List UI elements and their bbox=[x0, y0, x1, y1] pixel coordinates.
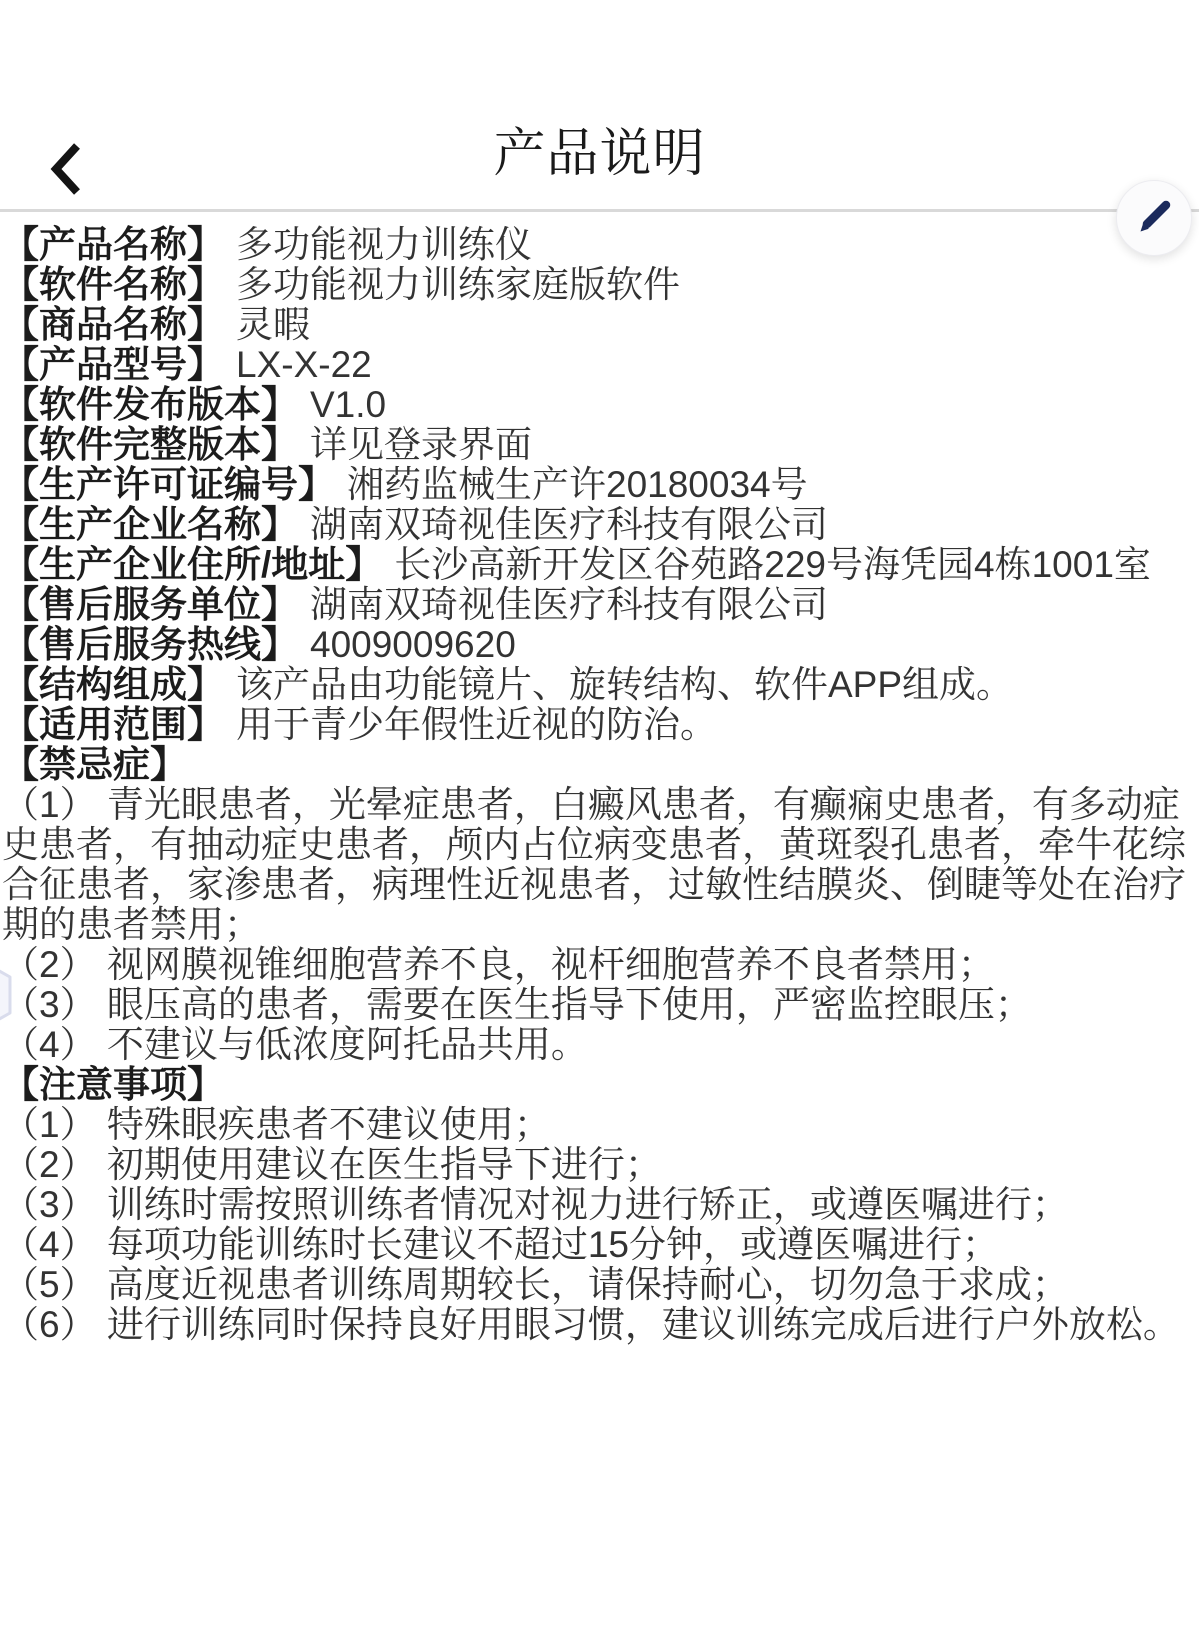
header-bar: 产品说明 bbox=[0, 0, 1199, 212]
field-label: 【适用范围】 bbox=[2, 704, 224, 745]
field-row-license-no: 【生产许可证编号】湘药监械生产许20180034号 bbox=[2, 465, 1193, 505]
contraindication-item: （4） 不建议与低浓度阿托品共用。 bbox=[2, 1025, 1193, 1065]
field-value: 多功能视力训练家庭版软件 bbox=[236, 264, 680, 305]
field-row-service-unit: 【售后服务单位】湖南双琦视佳医疗科技有限公司 bbox=[2, 585, 1193, 625]
field-label: 【生产企业住所/地址】 bbox=[2, 544, 382, 585]
field-row-release-version: 【软件发布版本】V1.0 bbox=[2, 385, 1193, 425]
field-row-service-hotline: 【售后服务热线】4009009620 bbox=[2, 625, 1193, 665]
field-value: 用于青少年假性近视的防治。 bbox=[236, 704, 717, 745]
field-row-scope: 【适用范围】用于青少年假性近视的防治。 bbox=[2, 705, 1193, 745]
field-value: V1.0 bbox=[310, 384, 386, 425]
field-label: 【售后服务热线】 bbox=[2, 624, 298, 665]
precaution-item: （6） 进行训练同时保持良好用眼习惯，建议训练完成后进行户外放松。 bbox=[2, 1305, 1193, 1345]
product-info-content: 【产品名称】多功能视力训练仪 【软件名称】多功能视力训练家庭版软件 【商品名称】… bbox=[0, 212, 1199, 1345]
field-label: 【产品型号】 bbox=[2, 344, 224, 385]
precaution-item: （5） 高度近视患者训练周期较长，请保持耐心，切勿急于求成； bbox=[2, 1265, 1193, 1305]
field-value: 灵暇 bbox=[236, 304, 310, 345]
edit-button[interactable] bbox=[1116, 180, 1192, 256]
field-label: 【软件名称】 bbox=[2, 264, 224, 305]
precaution-item: （4） 每项功能训练时长建议不超过15分钟，或遵医嘱进行； bbox=[2, 1225, 1193, 1265]
contraindication-item: （1） 青光眼患者，光晕症患者，白癜风患者，有癫痫史患者，有多动症史患者，有抽动… bbox=[2, 785, 1193, 945]
precaution-item: （1） 特殊眼疾患者不建议使用； bbox=[2, 1105, 1193, 1145]
field-label: 【软件完整版本】 bbox=[2, 424, 298, 465]
field-row-manufacturer: 【生产企业名称】湖南双琦视佳医疗科技有限公司 bbox=[2, 505, 1193, 545]
field-row-full-version: 【软件完整版本】详见登录界面 bbox=[2, 425, 1193, 465]
product-description-screen: 产品说明 【产品名称】多功能视力训练仪 【软件名称】多功能视力训练家庭版软件 【… bbox=[0, 0, 1199, 1632]
contraindications-heading: 【禁忌症】 bbox=[2, 745, 1193, 785]
precautions-heading: 【注意事项】 bbox=[2, 1065, 1193, 1105]
field-row-trade-name: 【商品名称】灵暇 bbox=[2, 305, 1193, 345]
field-label: 【生产许可证编号】 bbox=[2, 464, 335, 505]
field-value: 多功能视力训练仪 bbox=[236, 224, 532, 265]
precaution-item: （3） 训练时需按照训练者情况对视力进行矫正，或遵医嘱进行； bbox=[2, 1185, 1193, 1225]
contraindication-item: （3） 眼压高的患者，需要在医生指导下使用，严密监控眼压； bbox=[2, 985, 1193, 1025]
field-label: 【生产企业名称】 bbox=[2, 504, 298, 545]
precaution-item: （2） 初期使用建议在医生指导下进行； bbox=[2, 1145, 1193, 1185]
field-value: LX-X-22 bbox=[236, 344, 372, 385]
field-row-composition: 【结构组成】该产品由功能镜片、旋转结构、软件APP组成。 bbox=[2, 665, 1193, 705]
field-label: 【商品名称】 bbox=[2, 304, 224, 345]
field-value: 4009009620 bbox=[310, 624, 516, 665]
field-value: 湖南双琦视佳医疗科技有限公司 bbox=[310, 504, 828, 545]
field-label: 【结构组成】 bbox=[2, 664, 224, 705]
contraindication-item: （2） 视网膜视锥细胞营养不良，视杆细胞营养不良者禁用； bbox=[2, 945, 1193, 985]
field-value: 长沙高新开发区谷苑路229号海凭园4栋1001室 bbox=[394, 544, 1151, 585]
field-label: 【售后服务单位】 bbox=[2, 584, 298, 625]
field-row-manufacturer-address: 【生产企业住所/地址】长沙高新开发区谷苑路229号海凭园4栋1001室 bbox=[2, 545, 1193, 585]
field-label: 【产品名称】 bbox=[2, 224, 224, 265]
field-row-model: 【产品型号】LX-X-22 bbox=[2, 345, 1193, 385]
page-title: 产品说明 bbox=[0, 120, 1199, 188]
field-row-product-name: 【产品名称】多功能视力训练仪 bbox=[2, 225, 1193, 265]
field-value: 详见登录界面 bbox=[310, 424, 532, 465]
field-value: 湖南双琦视佳医疗科技有限公司 bbox=[310, 584, 828, 625]
field-value: 湘药监械生产许20180034号 bbox=[347, 464, 808, 505]
field-row-software-name: 【软件名称】多功能视力训练家庭版软件 bbox=[2, 265, 1193, 305]
field-value: 该产品由功能镜片、旋转结构、软件APP组成。 bbox=[236, 664, 1013, 705]
pencil-icon bbox=[1131, 194, 1177, 243]
field-label: 【软件发布版本】 bbox=[2, 384, 298, 425]
